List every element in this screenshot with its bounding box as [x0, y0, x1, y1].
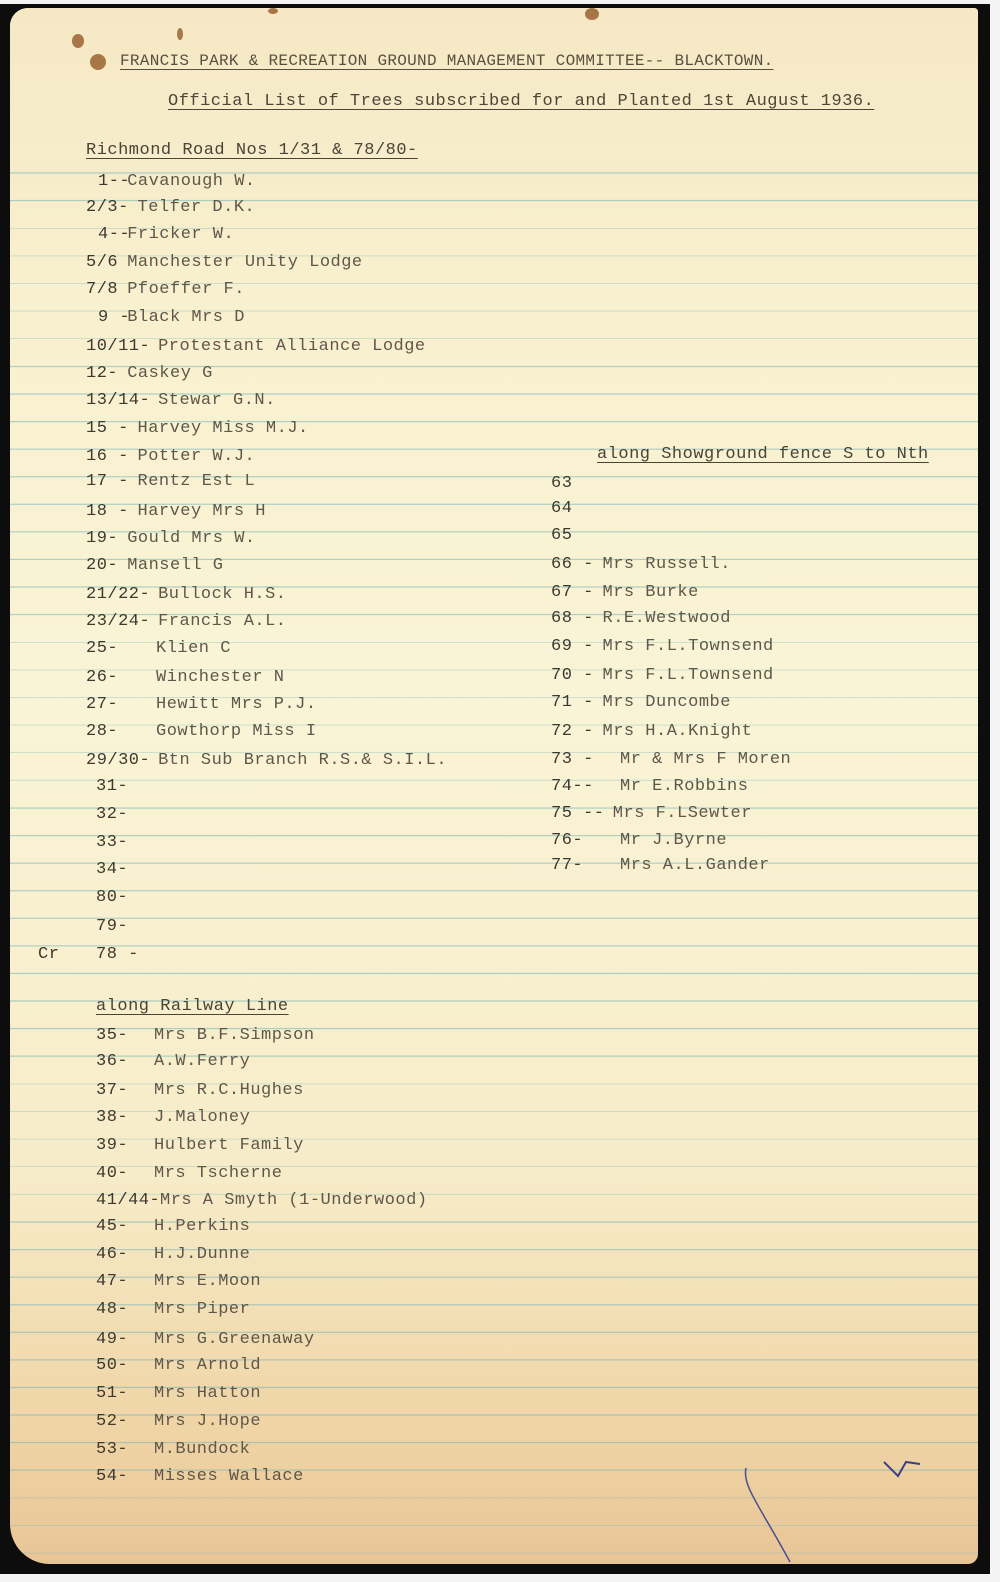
subscriber-name: Mrs Burke	[603, 583, 699, 602]
subscriber-name: Telfer D.K.	[138, 198, 256, 217]
subscriber-name: Mrs Russell.	[603, 555, 731, 574]
subscriber-name: Mansell G	[127, 556, 223, 575]
subscriber-name: Mrs A Smyth (1-Underwood)	[160, 1191, 428, 1210]
tree-number: 78 -	[96, 945, 139, 964]
subscriber-name: Hulbert Family	[154, 1136, 304, 1155]
subscriber-name: Mr J.Byrne	[620, 831, 727, 850]
document-page: FRANCIS PARK & RECREATION GROUND MANAGEM…	[10, 8, 978, 1564]
subscriber-name: Black Mrs D	[127, 308, 245, 327]
subscriber-name: Mrs Piper	[154, 1300, 250, 1319]
tree-number: 27-	[86, 695, 118, 714]
tree-number: 37-	[96, 1081, 128, 1100]
tree-number: 76-	[551, 831, 583, 850]
stain	[177, 28, 183, 40]
tree-number: 15 -	[86, 419, 129, 438]
tree-number: 66 -	[551, 555, 594, 574]
subscriber-name: Mrs J.Hope	[154, 1412, 261, 1431]
subscriber-name: Harvey Mrs H	[138, 502, 266, 521]
subscriber-name: Misses Wallace	[154, 1467, 304, 1486]
section-heading-showground: along Showground fence S to Nth	[597, 445, 929, 464]
subscriber-name: Pfoeffer F.	[127, 280, 245, 299]
subscriber-name: Mrs R.C.Hughes	[154, 1081, 304, 1100]
tree-number: 68 -	[551, 609, 594, 628]
subscriber-name: Potter W.J.	[138, 447, 256, 466]
document-title: FRANCIS PARK & RECREATION GROUND MANAGEM…	[120, 52, 774, 70]
pen-stroke	[740, 1466, 810, 1564]
tree-number: 73 -	[551, 750, 594, 769]
subscriber-name: Mrs A.L.Gander	[620, 856, 770, 875]
subscriber-name: H.Perkins	[154, 1217, 250, 1236]
subscriber-name: A.W.Ferry	[154, 1052, 250, 1071]
stain	[585, 8, 599, 20]
tree-number: 35-	[96, 1026, 128, 1045]
subscriber-name: Rentz Est L	[138, 472, 256, 491]
subscriber-name: Mr & Mrs F Moren	[620, 750, 791, 769]
tree-number: 21/22-	[86, 585, 150, 604]
tree-number: 9 -	[98, 308, 130, 327]
tree-number: 13/14-	[86, 391, 150, 410]
subscriber-name: Winchester N	[156, 668, 284, 687]
subscriber-name: Fricker W.	[127, 225, 234, 244]
tree-number: 77-	[551, 856, 583, 875]
tree-number: 31-	[96, 777, 128, 796]
tree-number: 1--	[98, 172, 130, 191]
tree-number: 74--	[551, 777, 594, 796]
tree-number: 71 -	[551, 693, 594, 712]
tree-number: 7/8	[86, 280, 118, 299]
tree-number: 2/3-	[86, 198, 129, 217]
tree-number: 64	[551, 499, 572, 518]
tree-number: 48-	[96, 1300, 128, 1319]
subscriber-name: H.J.Dunne	[154, 1245, 250, 1264]
tree-number: 75 --	[551, 804, 605, 823]
subscriber-name: Francis A.L.	[158, 612, 286, 631]
subscriber-name: M.Bundock	[154, 1440, 250, 1459]
tree-number: 10/11-	[86, 337, 150, 356]
subscriber-name: Btn Sub Branch R.S.& S.I.L.	[158, 751, 447, 770]
tree-number: 45-	[96, 1217, 128, 1236]
subscriber-name: Mrs Tscherne	[154, 1164, 282, 1183]
subscriber-name: Protestant Alliance Lodge	[158, 337, 426, 356]
subscriber-name: Mr E.Robbins	[620, 777, 748, 796]
tree-number: 41/44-	[96, 1191, 160, 1210]
subscriber-name: Mrs F.L.Townsend	[603, 666, 774, 685]
subscriber-name: R.E.Westwood	[603, 609, 731, 628]
tree-number: 29/30-	[86, 751, 150, 770]
tree-number: 5/6	[86, 253, 118, 272]
subscriber-name: Mrs F.LSewter	[613, 804, 752, 823]
stain	[72, 34, 84, 48]
stain	[90, 54, 106, 70]
subscriber-name: Gould Mrs W.	[127, 529, 255, 548]
document-subtitle: Official List of Trees subscribed for an…	[168, 92, 874, 111]
subscriber-name: J.Maloney	[154, 1108, 250, 1127]
subscriber-name: Mrs G.Greenaway	[154, 1330, 315, 1349]
subscriber-name: Mrs Duncombe	[603, 693, 731, 712]
tree-number: 19-	[86, 529, 118, 548]
tree-number: 12-	[86, 364, 118, 383]
tree-number: 17 -	[86, 472, 129, 491]
tree-number: 33-	[96, 833, 128, 852]
entry-prefix: Cr	[38, 945, 59, 964]
tree-number: 52-	[96, 1412, 128, 1431]
tree-number: 51-	[96, 1384, 128, 1403]
tree-number: 25-	[86, 639, 118, 658]
subscriber-name: Mrs Hatton	[154, 1384, 261, 1403]
stain	[268, 8, 278, 14]
tree-number: 65	[551, 526, 572, 545]
subscriber-name: Cavanough W.	[127, 172, 255, 191]
subscriber-name: Bullock H.S.	[158, 585, 286, 604]
tree-number: 18 -	[86, 502, 129, 521]
tree-number: 49-	[96, 1330, 128, 1349]
tree-number: 46-	[96, 1245, 128, 1264]
subscriber-name: Caskey G	[127, 364, 213, 383]
subscriber-name: Mrs B.F.Simpson	[154, 1026, 315, 1045]
subscriber-name: Klien C	[156, 639, 231, 658]
tree-number: 39-	[96, 1136, 128, 1155]
tree-number: 70 -	[551, 666, 594, 685]
section-heading-railway: along Railway Line	[96, 997, 289, 1016]
tree-number: 63	[551, 474, 572, 493]
tree-number: 36-	[96, 1052, 128, 1071]
tree-number: 26-	[86, 668, 118, 687]
subscriber-name: Mrs H.A.Knight	[603, 722, 753, 741]
tree-number: 72 -	[551, 722, 594, 741]
tree-number: 32-	[96, 805, 128, 824]
tree-number: 16 -	[86, 447, 129, 466]
subscriber-name: Mrs F.L.Townsend	[603, 637, 774, 656]
subscriber-name: Manchester Unity Lodge	[127, 253, 362, 272]
tree-number: 50-	[96, 1356, 128, 1375]
subscriber-name: Mrs E.Moon	[154, 1272, 261, 1291]
tree-number: 20-	[86, 556, 118, 575]
tree-number: 69 -	[551, 637, 594, 656]
tree-number: 47-	[96, 1272, 128, 1291]
tree-number: 54-	[96, 1467, 128, 1486]
pen-check-mark	[880, 1458, 940, 1488]
tree-number: 80-	[96, 888, 128, 907]
subscriber-name: Gowthorp Miss I	[156, 722, 317, 741]
tree-number: 28-	[86, 722, 118, 741]
tree-number: 67 -	[551, 583, 594, 602]
tree-number: 53-	[96, 1440, 128, 1459]
subscriber-name: Stewar G.N.	[158, 391, 276, 410]
tree-number: 40-	[96, 1164, 128, 1183]
subscriber-name: Hewitt Mrs P.J.	[156, 695, 317, 714]
subscriber-name: Mrs Arnold	[154, 1356, 261, 1375]
tree-number: 23/24-	[86, 612, 150, 631]
section-heading-richmond-road: Richmond Road Nos 1/31 & 78/80-	[86, 141, 418, 160]
tree-number: 4--	[98, 225, 130, 244]
subscriber-name: Harvey Miss M.J.	[138, 419, 309, 438]
tree-number: 38-	[96, 1108, 128, 1127]
tree-number: 34-	[96, 860, 128, 879]
tree-number: 79-	[96, 917, 128, 936]
